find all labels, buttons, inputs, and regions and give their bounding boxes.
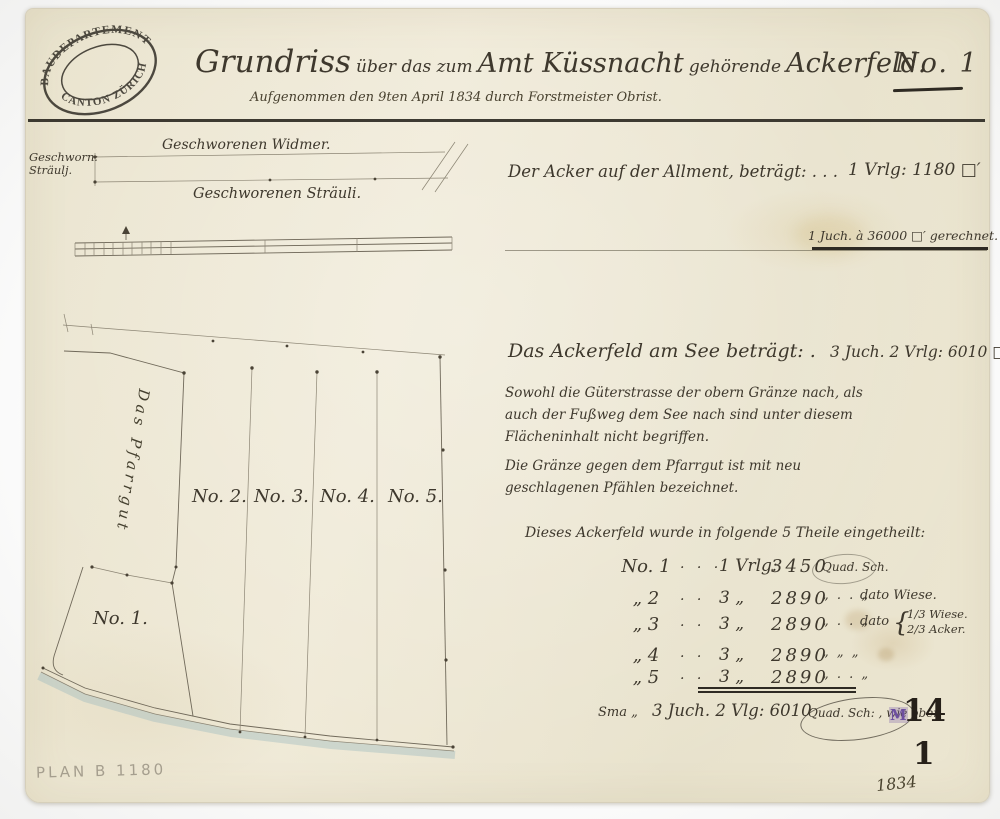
- conversion-note: 1 Juch. à 36000 □′ gerechnet.: [808, 228, 988, 243]
- table-row: „ 3. . 3 „2890 „ . . „dato { 1/3 Wiese. …: [0, 614, 1000, 642]
- baudepartement-stamp: BAUDEPARTEMENT CANTON ZÜRICH: [30, 20, 175, 125]
- scale-bar: [60, 226, 460, 262]
- section-divider-line: [505, 250, 987, 251]
- scanned-document: { "stamp": { "top_text": "BAUDEPARTEMENT…: [0, 0, 1000, 819]
- page-subtitle: Aufgenommen den 9ten April 1834 durch Fo…: [250, 90, 650, 105]
- archive-number-bottom: 1: [913, 736, 935, 772]
- division-intro: Dieses Ackerfeld wurde in folgende 5 The…: [525, 525, 925, 541]
- field-plan-drawing: [35, 308, 480, 768]
- table-row: No. 1. . . 1 Vrlg:3450 Quad. Sch.: [0, 556, 1000, 584]
- paragraph-line: Sowohl die Güterstrasse der obern Gränze…: [505, 385, 863, 401]
- parcel-2-label: No. 2.: [192, 486, 247, 507]
- title-word: gehörende: [689, 57, 781, 77]
- allmend-value: 1 Vrlg: 1180 □′: [848, 160, 981, 180]
- header-divider: [28, 119, 985, 122]
- allmend-note: Der Acker auf der Allment, beträgt: . . …: [508, 162, 838, 181]
- page-title: Grundriss über das zum Amt Küssnacht geh…: [195, 44, 885, 80]
- fraction-bottom: 2/3 Acker.: [907, 622, 966, 636]
- table-sum-rule: [698, 691, 856, 693]
- north-arrow-icon: [122, 226, 130, 240]
- strip-plan-drawing: [28, 133, 473, 228]
- sum-main: 3 Juch. 2 Vlg: 6010: [652, 701, 812, 720]
- pencil-note: PLAN B 1180: [36, 760, 167, 781]
- paragraph-line: auch der Fußweg dem See nach sind unter …: [505, 407, 853, 423]
- table-sum-rule: [698, 687, 856, 689]
- paragraph-line: Flächeninhalt nicht begriffen.: [505, 429, 709, 445]
- see-value: 3 Juch. 2 Vrlg: 6010 □′.: [830, 343, 1000, 361]
- archive-number-top: 14: [903, 693, 946, 729]
- parcel-4-label: No. 4.: [320, 486, 375, 507]
- title-word: Grundriss: [195, 44, 351, 80]
- paragraph-line: geschlagenen Pfählen bezeichnet.: [505, 480, 738, 496]
- table-row: „ 2. . 3 „2890 „ . . „dato Wiese.: [0, 588, 1000, 616]
- paragraph-line: Die Gränze gegen dem Pfarrgut ist mit ne…: [505, 458, 801, 474]
- sheet-number: No. 1: [895, 48, 979, 79]
- see-note: Das Ackerfeld am See beträgt: .: [508, 340, 816, 362]
- title-word: Amt Küssnacht: [478, 48, 684, 79]
- parcel-3-label: No. 3.: [254, 486, 309, 507]
- fraction-top: 1/3 Wiese.: [907, 607, 968, 621]
- sum-prefix: Sma „: [598, 705, 638, 720]
- parcel-5-label: No. 5.: [388, 486, 443, 507]
- title-word: über das zum: [356, 57, 473, 77]
